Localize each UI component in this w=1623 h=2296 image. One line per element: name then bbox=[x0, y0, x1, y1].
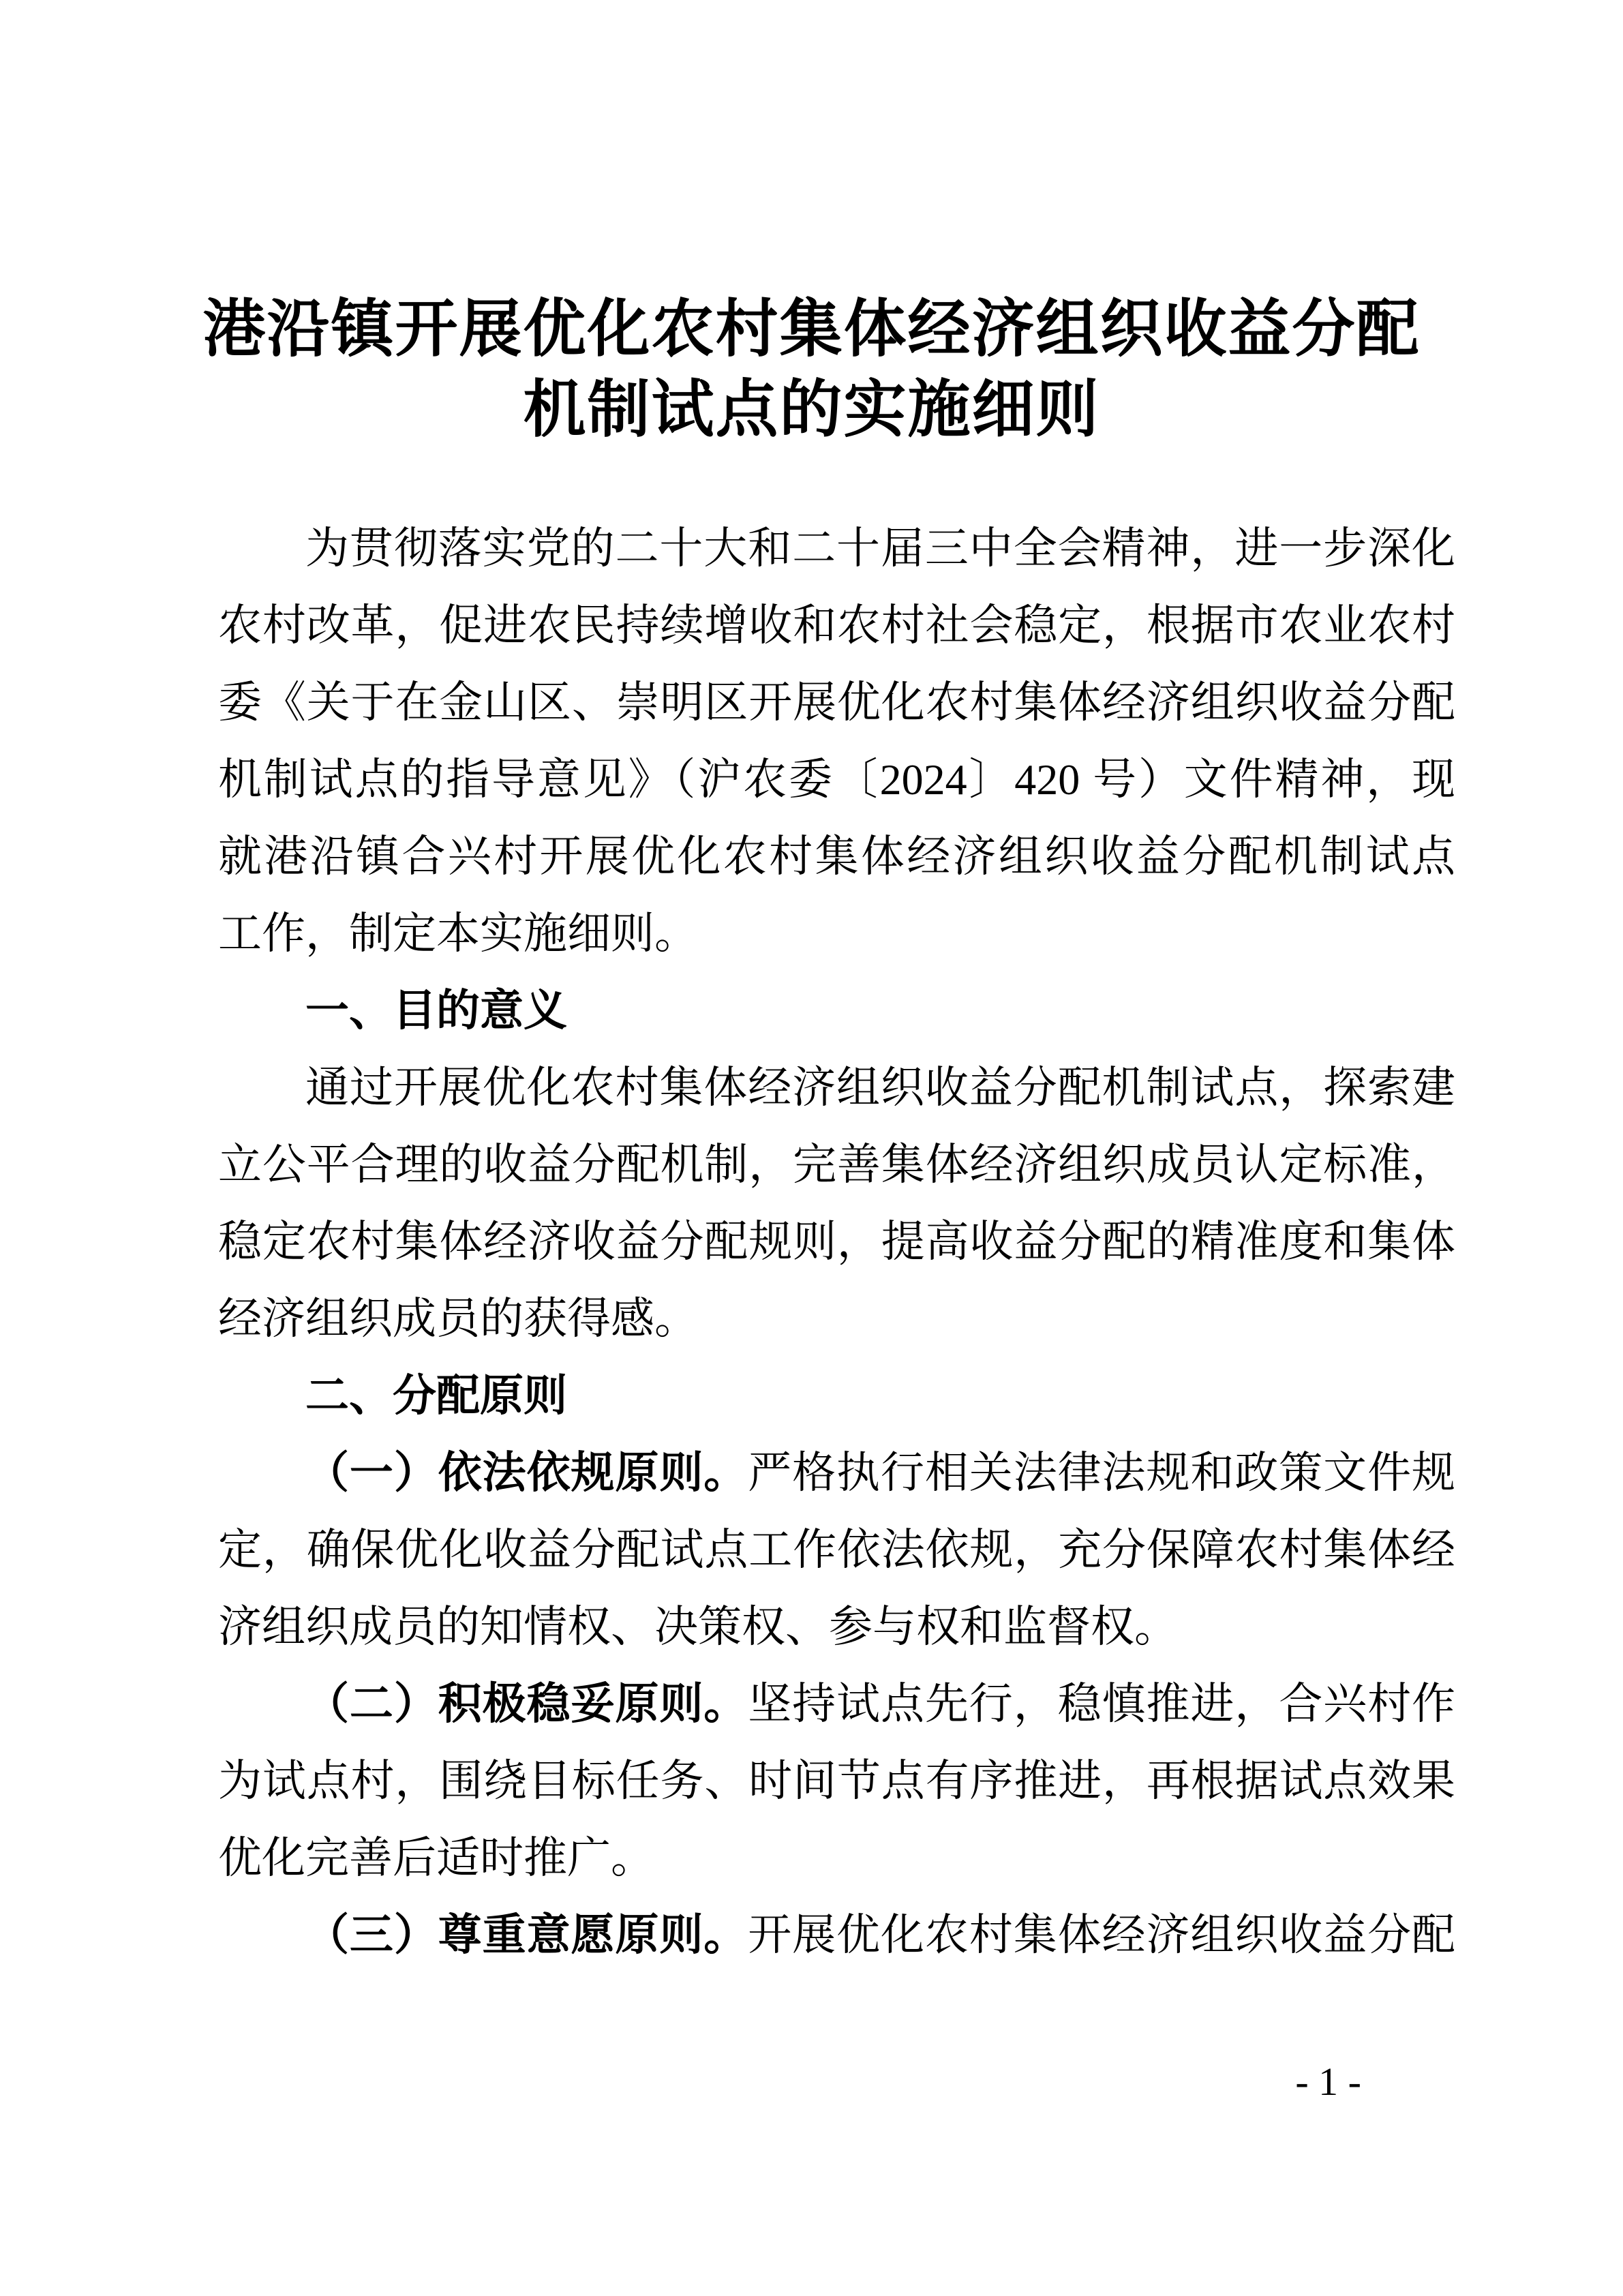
page-number: - 1 - bbox=[1295, 2060, 1361, 2104]
body-line: 为贯彻落实党的二十大和二十届三中全会精神，进一步深化 bbox=[218, 510, 1455, 587]
body-line: 机制试点的指导意见》（沪农委〔2024〕420 号）文件精神，现 bbox=[218, 741, 1455, 818]
body-line: 立公平合理的收益分配机制，完善集体经济组织成员认定标准， bbox=[218, 1126, 1455, 1203]
body-line: 经济组织成员的获得感。 bbox=[218, 1280, 1455, 1357]
body-line: （三）尊重意愿原则。开展优化农村集体经济组织收益分配 bbox=[218, 1897, 1455, 1974]
principle-lead: （一）依法依规原则。 bbox=[305, 1449, 748, 1497]
body-line: 工作，制定本实施细则。 bbox=[218, 895, 1455, 972]
body-line: （二）积极稳妥原则。坚持试点先行，稳慎推进，合兴村作 bbox=[218, 1665, 1455, 1742]
document-page: 港沿镇开展优化农村集体经济组织收益分配 机制试点的实施细则 为贯彻落实党的二十大… bbox=[0, 0, 1623, 2296]
document-title: 港沿镇开展优化农村集体经济组织收益分配 机制试点的实施细则 bbox=[0, 289, 1623, 450]
section-heading: 二、分配原则 bbox=[218, 1357, 1455, 1434]
body-line: （一）依法依规原则。严格执行相关法律法规和政策文件规 bbox=[218, 1434, 1455, 1511]
body-line: 为试点村，围绕目标任务、时间节点有序推进，再根据试点效果 bbox=[218, 1742, 1455, 1819]
body-line: 通过开展优化农村集体经济组织收益分配机制试点，探索建 bbox=[218, 1049, 1455, 1126]
body-line: 定，确保优化收益分配试点工作依法依规，充分保障农村集体经 bbox=[218, 1511, 1455, 1588]
body-line: 稳定农村集体经济收益分配规则，提高收益分配的精准度和集体 bbox=[218, 1203, 1455, 1280]
document-body: 为贯彻落实党的二十大和二十届三中全会精神，进一步深化农村改革，促进农民持续增收和… bbox=[218, 510, 1455, 1974]
section-heading: 一、目的意义 bbox=[218, 972, 1455, 1049]
document-title-line-2: 机制试点的实施细则 bbox=[0, 369, 1623, 450]
principle-lead: （二）积极稳妥原则。 bbox=[305, 1680, 748, 1728]
body-line: 委《关于在金山区、崇明区开展优化农村集体经济组织收益分配 bbox=[218, 664, 1455, 741]
body-line: 优化完善后适时推广。 bbox=[218, 1819, 1455, 1897]
body-line: 就港沿镇合兴村开展优化农村集体经济组织收益分配机制试点 bbox=[218, 818, 1455, 895]
body-line: 济组织成员的知情权、决策权、参与权和监督权。 bbox=[218, 1588, 1455, 1665]
document-title-line-1: 港沿镇开展优化农村集体经济组织收益分配 bbox=[0, 289, 1623, 369]
principle-lead: （三）尊重意愿原则。 bbox=[305, 1911, 748, 1959]
body-line: 农村改革，促进农民持续增收和农村社会稳定，根据市农业农村 bbox=[218, 587, 1455, 664]
